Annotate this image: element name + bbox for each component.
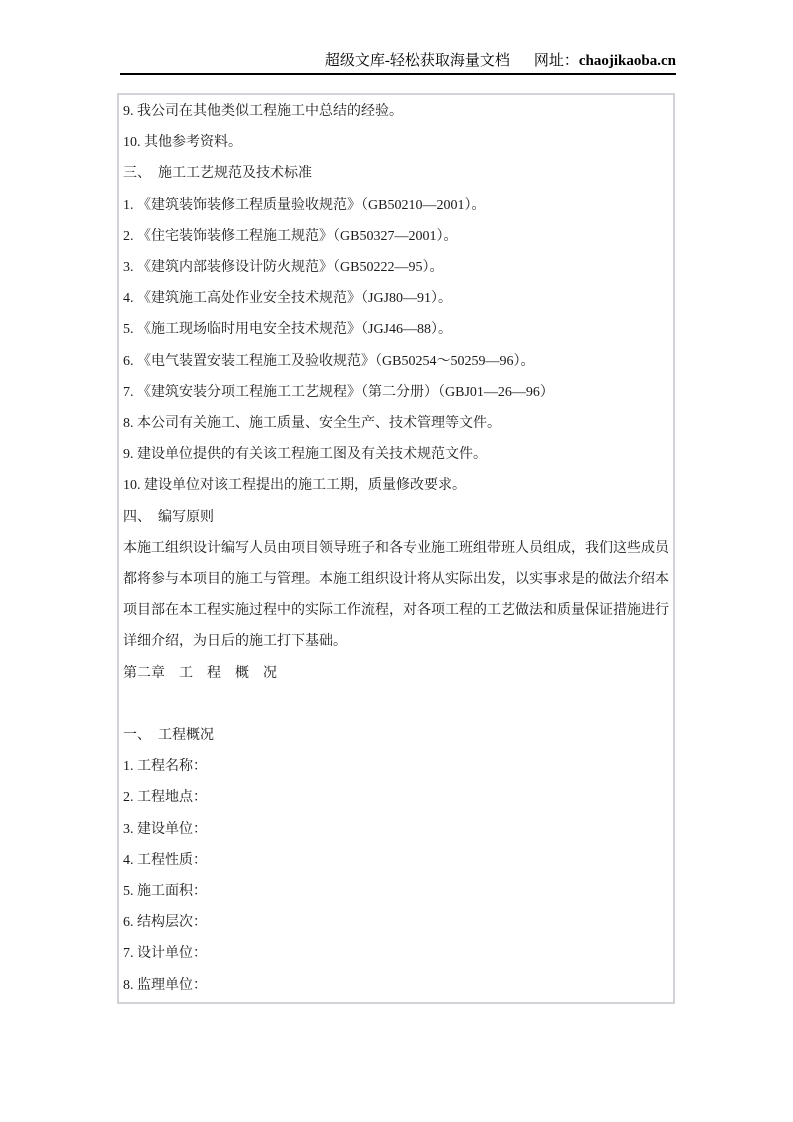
paragraph: 1. 《建筑装饰装修工程质量验收规范》（GB50210—2001）。	[123, 190, 669, 221]
blank-line	[123, 689, 669, 720]
paragraph: 10. 建设单位对该工程提出的施工工期，质量修改要求。	[123, 470, 669, 501]
paragraph: 四、 编写原则	[123, 502, 669, 533]
paragraph: 9. 我公司在其他类似工程施工中总结的经验。	[123, 96, 669, 127]
paragraph: 2. 工程地点：	[123, 782, 669, 813]
paragraph: 三、 施工工艺规范及技术标准	[123, 158, 669, 189]
paragraph: 8. 监理单位：	[123, 970, 669, 1001]
document-page: 超级文库-轻松获取海量文档网址：chaojikaoba.cn 9. 我公司在其他…	[0, 0, 793, 1122]
site-url: chaojikaoba.cn	[579, 53, 676, 69]
header-divider	[120, 73, 676, 75]
paragraph: 8. 本公司有关施工、施工质量、安全生产、技术管理等文件。	[123, 408, 669, 439]
paragraph: 7. 设计单位：	[123, 938, 669, 969]
paragraph: 1. 工程名称：	[123, 751, 669, 782]
paragraph: 3. 《建筑内部装修设计防火规范》（GB50222—95）。	[123, 252, 669, 283]
paragraph: 7. 《建筑安装分项工程施工工艺规程》（第二分册）（GBJ01—26—96）	[123, 377, 669, 408]
paragraph-list: 9. 我公司在其他类似工程施工中总结的经验。10. 其他参考资料。三、 施工工艺…	[123, 96, 669, 1001]
paragraph: 9. 建设单位提供的有关该工程施工图及有关技术规范文件。	[123, 439, 669, 470]
paragraph: 3. 建设单位：	[123, 814, 669, 845]
paragraph: 5. 施工面积：	[123, 876, 669, 907]
paragraph: 6. 结构层次：	[123, 907, 669, 938]
paragraph: 6. 《电气装置安装工程施工及验收规范》（GB50254～50259—96）。	[123, 346, 669, 377]
document-content-cell: 9. 我公司在其他类似工程施工中总结的经验。10. 其他参考资料。三、 施工工艺…	[117, 93, 675, 1004]
paragraph: 第二章 工 程 概 况	[123, 658, 669, 689]
page-header: 超级文库-轻松获取海量文档网址：chaojikaoba.cn	[120, 52, 676, 71]
site-name: 超级文库-轻松获取海量文档	[325, 53, 510, 69]
url-label: 网址：	[534, 53, 579, 69]
paragraph: 5. 《施工现场临时用电安全技术规范》（JGJ46—88）。	[123, 314, 669, 345]
paragraph: 一、 工程概况	[123, 720, 669, 751]
paragraph: 4. 工程性质：	[123, 845, 669, 876]
paragraph: 2. 《住宅装饰装修工程施工规范》（GB50327—2001）。	[123, 221, 669, 252]
paragraph: 本施工组织设计编写人员由项目领导班子和各专业施工班组带班人员组成，我们这些成员都…	[123, 533, 669, 658]
paragraph: 10. 其他参考资料。	[123, 127, 669, 158]
paragraph: 4. 《建筑施工高处作业安全技术规范》（JGJ80—91）。	[123, 283, 669, 314]
